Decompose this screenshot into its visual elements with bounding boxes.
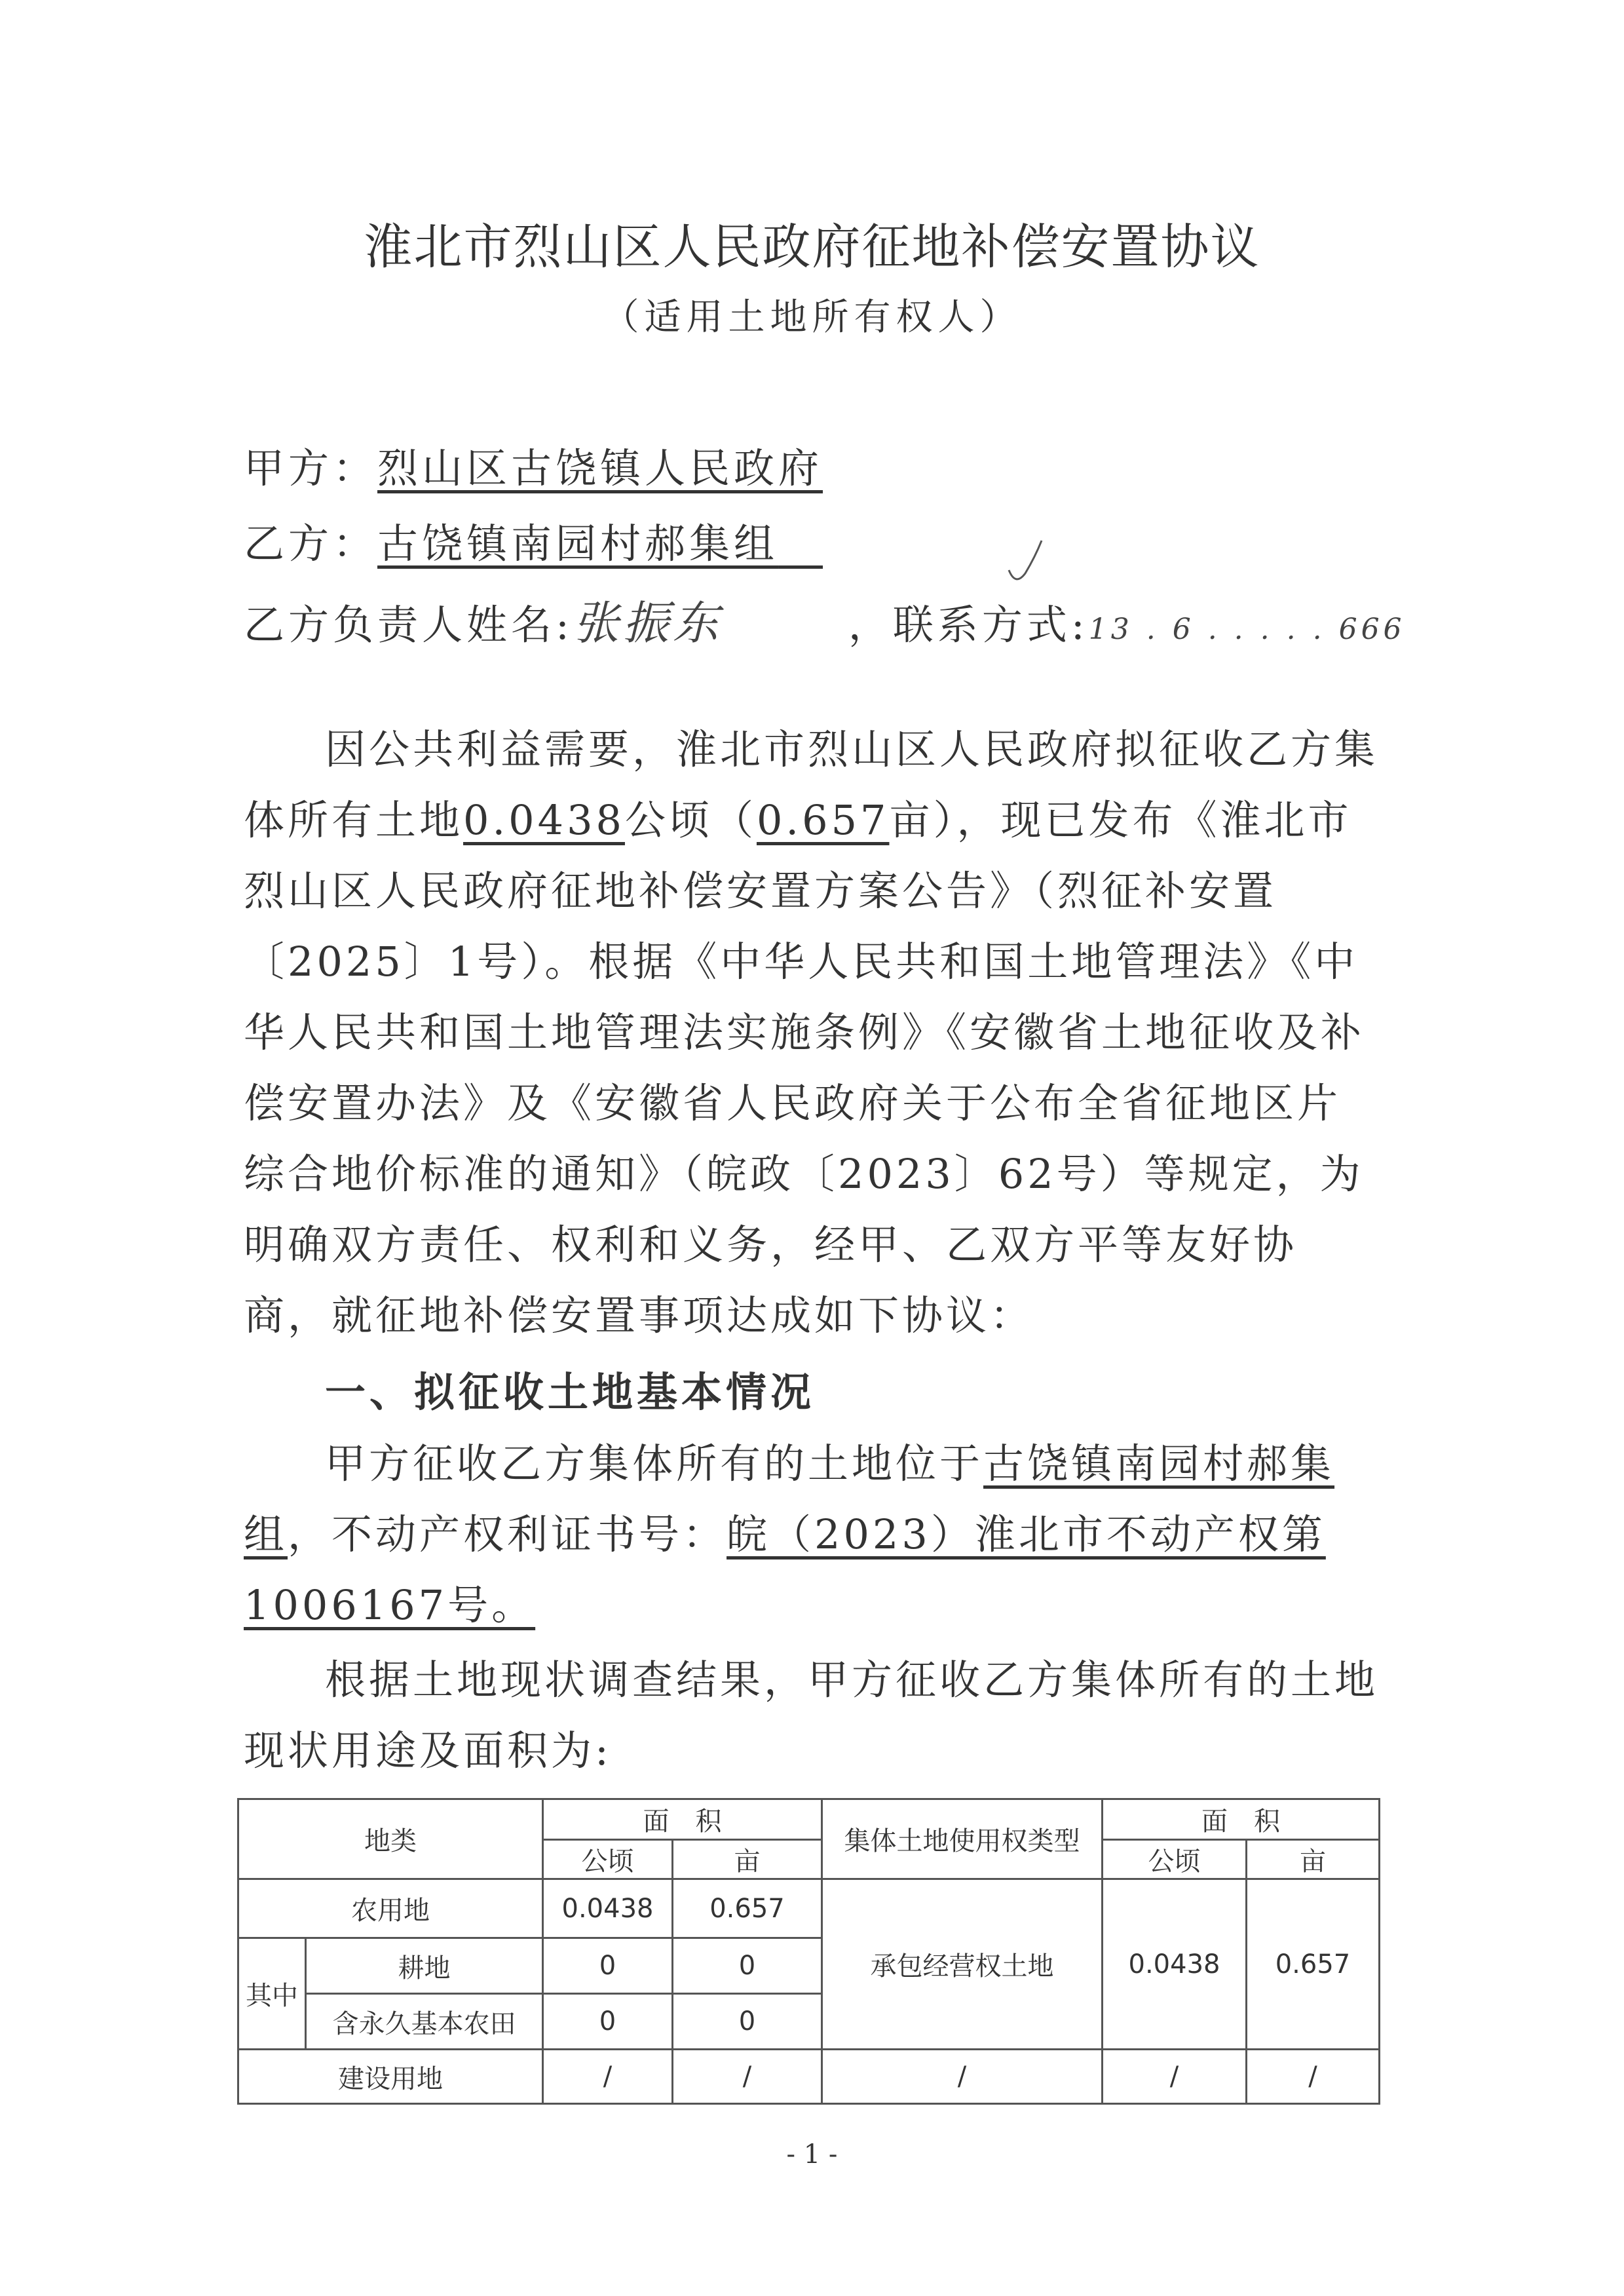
intro-text-2: 公顷（ — [625, 796, 757, 844]
row-farmland-mu: 0.657 — [673, 1879, 822, 1938]
row-farmland-label: 农用地 — [238, 1879, 543, 1938]
right-area-mu: 0.657 — [1247, 1879, 1380, 2050]
party-a-line: 甲方：烈山区古饶镇人民政府 — [244, 436, 823, 494]
row-construction-label: 建设用地 — [238, 2050, 543, 2104]
handwritten-signature: 张振东 — [573, 586, 848, 653]
row-cultivated-ha: 0 — [543, 1938, 673, 1994]
header-mu-2: 亩 — [1247, 1840, 1380, 1879]
area-hectare: 0.0438 — [463, 796, 625, 844]
section-1-heading: 一、拟征收土地基本情况 — [325, 1360, 815, 1418]
document-title: 淮北市烈山区人民政府征地补偿安置协议 — [0, 208, 1624, 278]
contact-value: 13 . 6 . . . . . 666 — [1089, 613, 1406, 646]
row-construction-mu: / — [673, 2050, 822, 2104]
row-cultivated-label: 耕地 — [306, 1938, 543, 1994]
header-area-2: 面 积 — [1103, 1799, 1380, 1840]
location-text-1: 甲方征收乙方集体所有的土地位于 — [325, 1440, 983, 1487]
row-construction-right-type: / — [822, 2050, 1103, 2104]
header-hectare: 公顷 — [543, 1840, 673, 1879]
among-label: 其中 — [238, 1938, 306, 2050]
right-area-ha: 0.0438 — [1103, 1879, 1247, 2050]
party-b-rep-line: 乙方负责人姓名:张振东，联系方式:13 . 6 . . . . . 666 — [244, 586, 1406, 653]
checkmark-icon — [996, 537, 1055, 590]
header-mu: 亩 — [673, 1840, 822, 1879]
party-a-label: 甲方： — [244, 444, 377, 492]
party-b-value: 古饶镇南园村郝集组 — [377, 520, 778, 567]
header-area: 面 积 — [543, 1799, 822, 1840]
land-area-table: 地类 面 积 集体土地使用权类型 面 积 公顷 亩 公顷 亩 农用地 0.043… — [237, 1798, 1380, 2105]
intro-text-3: 亩），现已发布《淮北市烈山区人民政府征地补偿安置方案公告》（烈征补安置〔2025… — [244, 796, 1365, 1339]
party-b-rep-label: 乙方负责人姓名: — [244, 601, 573, 649]
document-subtitle: （适用土地所有权人） — [0, 288, 1624, 341]
location-paragraph: 甲方征收乙方集体所有的土地位于古饶镇南园村郝集组，不动产权利证书号：皖（2023… — [244, 1428, 1384, 1641]
intro-paragraph: 因公共利益需要，淮北市烈山区人民政府拟征收乙方集体所有土地0.0438公顷（0.… — [244, 714, 1384, 1351]
party-b-label: 乙方： — [244, 520, 377, 567]
row-farmland-ha: 0.0438 — [543, 1879, 673, 1938]
location-text-2: ，不动产权利证书号： — [288, 1510, 727, 1558]
row-construction-mu2: / — [1247, 2050, 1380, 2104]
header-land-type: 地类 — [238, 1799, 543, 1879]
header-hectare-2: 公顷 — [1103, 1840, 1247, 1879]
row-permanent-ha: 0 — [543, 1994, 673, 2050]
contact-label: ，联系方式: — [848, 601, 1089, 649]
row-cultivated-mu: 0 — [673, 1938, 822, 1994]
row-construction-ha2: / — [1103, 2050, 1247, 2104]
right-type-value: 承包经营权土地 — [822, 1879, 1103, 2050]
row-permanent-mu: 0 — [673, 1994, 822, 2050]
party-a-value: 烈山区古饶镇人民政府 — [377, 444, 823, 492]
party-b-line: 乙方：古饶镇南园村郝集组 — [244, 511, 823, 569]
row-construction-ha: / — [543, 2050, 673, 2104]
header-right-type: 集体土地使用权类型 — [822, 1799, 1103, 1879]
row-permanent-label: 含永久基本农田 — [306, 1994, 543, 2050]
survey-paragraph: 根据土地现状调查结果，甲方征收乙方集体所有的土地现状用途及面积为: — [244, 1645, 1384, 1786]
page-number: - 1 - — [0, 2139, 1624, 2170]
area-mu: 0.657 — [757, 796, 890, 844]
